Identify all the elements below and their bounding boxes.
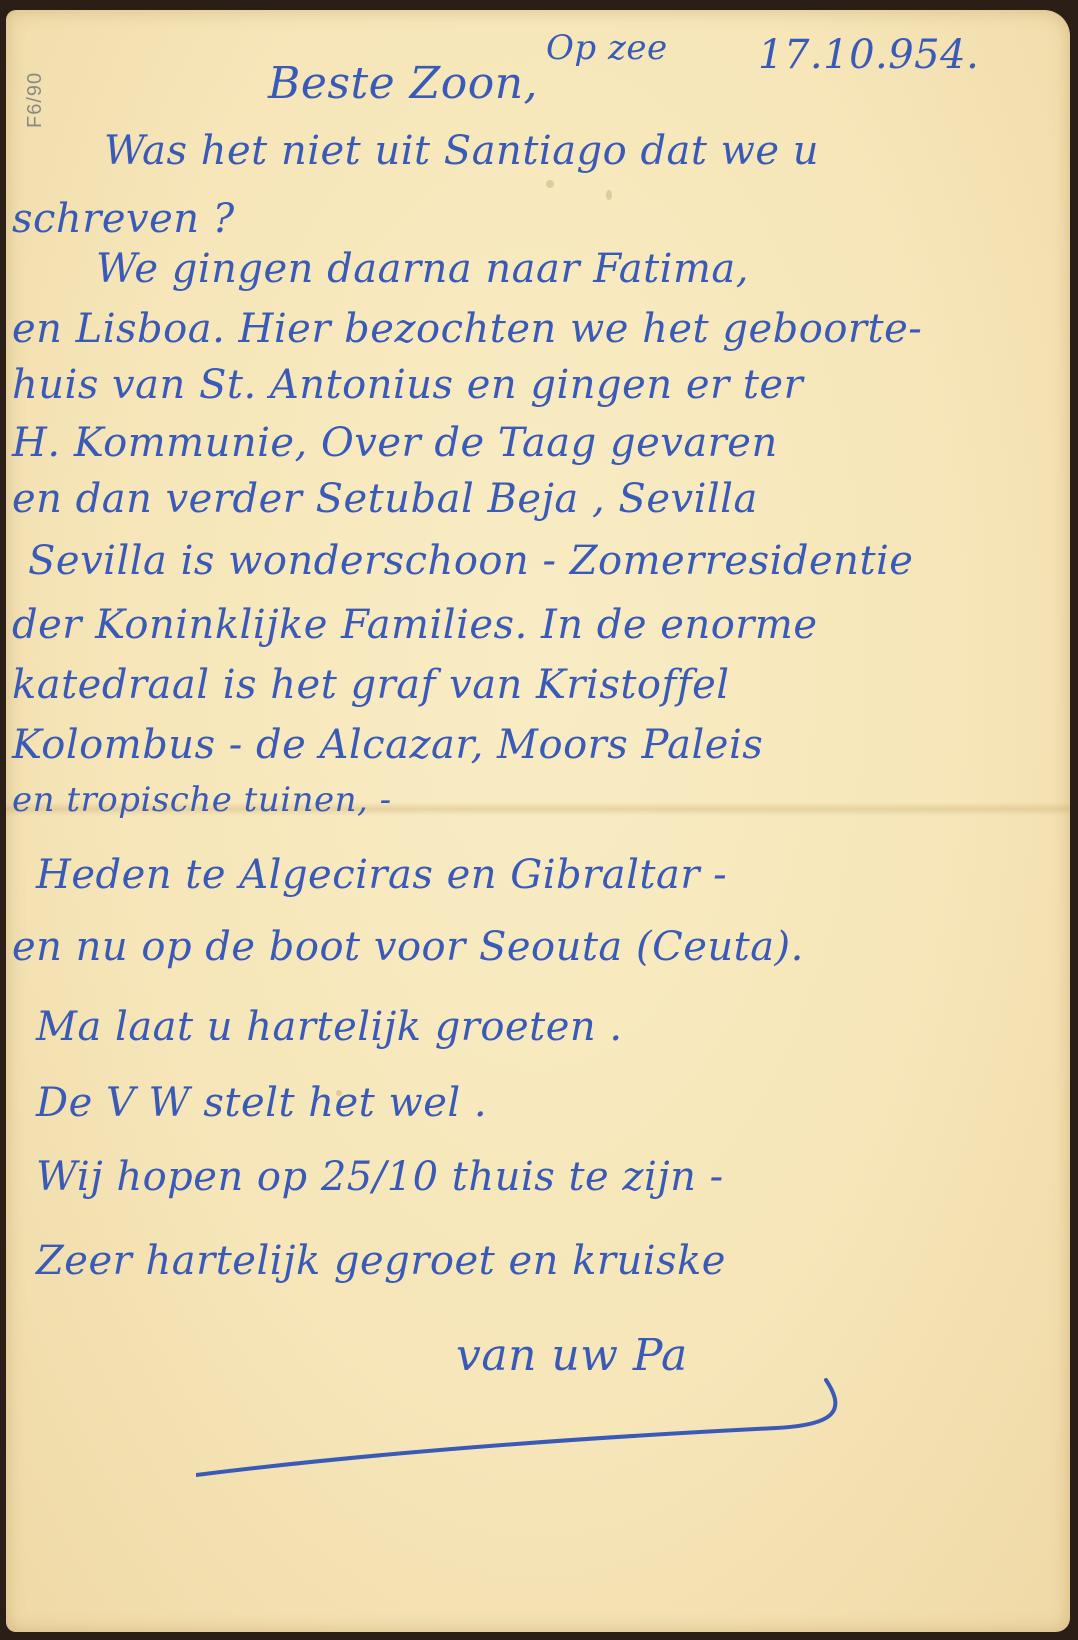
body-line: Wij hopen op 25/10 thuis te zijn - — [36, 1154, 724, 1200]
signature-flourish — [196, 1370, 846, 1480]
body-line: en dan verder Setubal Beja , Sevilla — [12, 476, 758, 522]
stain — [546, 180, 554, 188]
place-heading: Op zee — [546, 28, 668, 68]
archive-number: F6/90 — [24, 72, 47, 128]
postcard: F6/90 Op zee 17.10.954. Beste Zoon, Was … — [6, 10, 1070, 1632]
body-line: Was het niet uit Santiago dat we u — [104, 128, 819, 174]
body-line: katedraal is het graf van Kristoffel — [12, 662, 730, 708]
body-line: Ma laat u hartelijk groeten . — [36, 1004, 623, 1050]
body-line: schreven ? — [12, 196, 235, 242]
body-line: H. Kommunie, Over de Taag gevaren — [12, 420, 778, 466]
date-heading: 17.10.954. — [758, 32, 979, 78]
body-line: der Koninklijke Families. In de enorme — [12, 602, 818, 648]
body-line: huis van St. Antonius en gingen er ter — [12, 362, 803, 408]
stain — [606, 190, 612, 200]
body-line: Sevilla is wonderschoon - Zomerresidenti… — [28, 538, 913, 584]
body-line: Zeer hartelijk gegroet en kruiske — [36, 1238, 726, 1284]
body-line: en nu op de boot voor Seouta (Ceuta). — [12, 924, 804, 970]
body-line: We gingen daarna naar Fatima, — [96, 246, 749, 292]
body-line: De V W stelt het wel . — [36, 1080, 487, 1126]
body-line: en Lisboa. Hier bezochten we het geboort… — [12, 306, 922, 352]
body-line: Heden te Algeciras en Gibraltar - — [36, 852, 727, 898]
body-line: en tropische tuinen, - — [12, 780, 392, 820]
salutation: Beste Zoon, — [268, 58, 538, 109]
body-line: Kolombus - de Alcazar, Moors Paleis — [12, 722, 763, 768]
